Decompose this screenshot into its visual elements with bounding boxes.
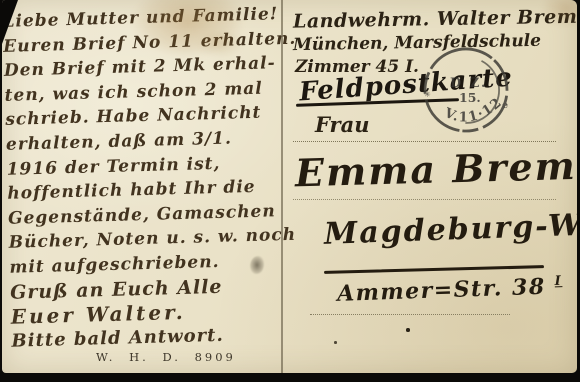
postcard-back: Liebe Mutter und Familie! Euren Brief No… xyxy=(2,0,577,373)
postmark-center-text: D Z. xyxy=(450,76,488,91)
postmark-stamp: D Z. 15. ✳ e V.11·12 xyxy=(410,36,522,148)
publisher-mark: W. H. D. 8909 xyxy=(96,350,236,364)
recipient-street: Ammer=Str. 38 I xyxy=(337,273,563,307)
sender-line-1: Landwehrm. Walter Bremer xyxy=(293,5,577,32)
recipient-city: Magdeburg-Wst xyxy=(323,207,577,252)
address-dotted-line xyxy=(293,199,556,200)
ink-speck xyxy=(406,328,410,332)
recipient-street-text: Ammer=Str. 38 xyxy=(337,274,546,307)
recipient-name: Emma Bremer xyxy=(294,142,577,196)
postmark-star-mark: ✳ xyxy=(424,90,431,99)
postmark-date-text: 15. xyxy=(459,90,481,105)
recipient-city-text: Magdeburg-W xyxy=(323,208,577,252)
divider-line xyxy=(281,0,283,373)
recipient-salutation: Frau xyxy=(315,112,369,137)
address-dotted-line xyxy=(310,314,510,315)
postcard-scan: Liebe Mutter und Familie! Euren Brief No… xyxy=(0,0,580,382)
ink-speck xyxy=(334,341,337,344)
address-dotted-line xyxy=(293,141,556,142)
message-text: Liebe Mutter und Familie! Euren Brief No… xyxy=(2,2,284,354)
recipient-floor: I xyxy=(554,274,562,289)
city-underline xyxy=(324,265,544,273)
